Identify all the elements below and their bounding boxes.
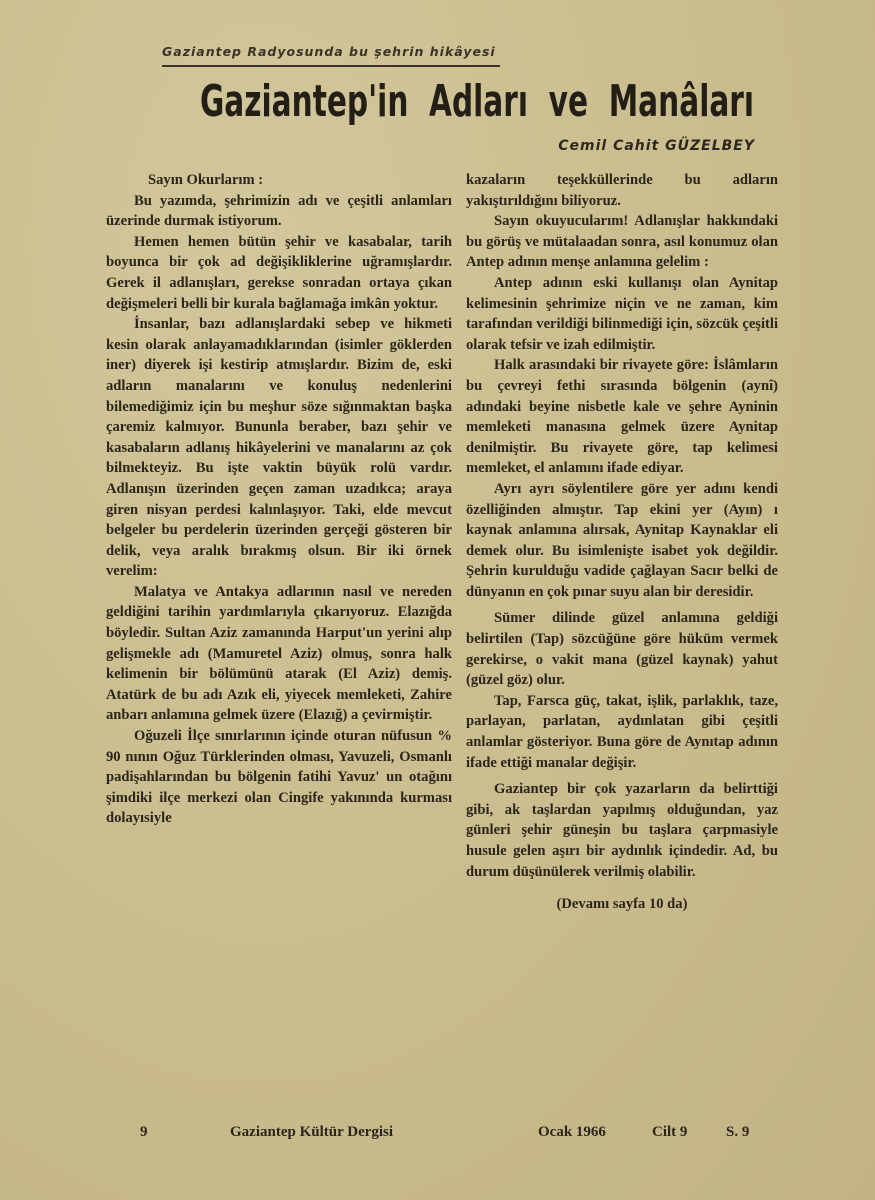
paragraph: Antep adının eski kullanışı olan Aynitap…	[466, 273, 778, 355]
paragraph: Gaziantep bir çok yazarların da belirtti…	[466, 779, 778, 882]
paragraph: Halk arasındaki bir rivayete göre: İslâm…	[466, 355, 778, 479]
page-number: 9	[140, 1124, 148, 1141]
kicker-heading: Gaziantep Radyosunda bu şehrin hikâyesi	[162, 44, 500, 67]
paragraph: Malatya ve Antakya adlarının nasıl ve ne…	[106, 582, 452, 726]
left-column: Sayın Okurlarım : Bu yazımda, şehrimizin…	[106, 170, 452, 829]
paragraph: Oğuzeli İlçe sınırlarının içinde oturan …	[106, 726, 452, 829]
paragraph: Tap, Farsca güç, takat, işlik, parlaklık…	[466, 691, 778, 773]
paragraph: kazaların teşekküllerinde bu adların yak…	[466, 170, 778, 211]
article-title: Gaziantep'in Adları ve Manâları	[200, 76, 585, 128]
magazine-name: Gaziantep Kültür Dergisi	[230, 1124, 393, 1141]
paragraph: Hemen hemen bütün şehir ve kasabalar, ta…	[106, 232, 452, 314]
paragraph: Sayın Okurlarım :	[106, 170, 452, 191]
paragraph: Ayrı ayrı söylentilere göre yer adını ke…	[466, 479, 778, 603]
volume-number: Cilt 9	[652, 1124, 687, 1141]
paragraph: Sümer dilinde güzel anlamına geldiği bel…	[466, 608, 778, 690]
paragraph: Sayın okuyucularım! Adlanışlar hakkındak…	[466, 211, 778, 273]
issue-number: S. 9	[726, 1124, 749, 1141]
continuation-note: (Devamı sayfa 10 da)	[466, 894, 778, 915]
paragraph: Bu yazımda, şehrimizin adı ve çeşitli an…	[106, 191, 452, 232]
author-byline: Cemil Cahit GÜZELBEY	[558, 138, 755, 154]
issue-date: Ocak 1966	[538, 1124, 606, 1141]
right-column: kazaların teşekküllerinde bu adların yak…	[466, 170, 778, 915]
paragraph: İnsanlar, bazı adlanışlardaki sebep ve h…	[106, 314, 452, 582]
